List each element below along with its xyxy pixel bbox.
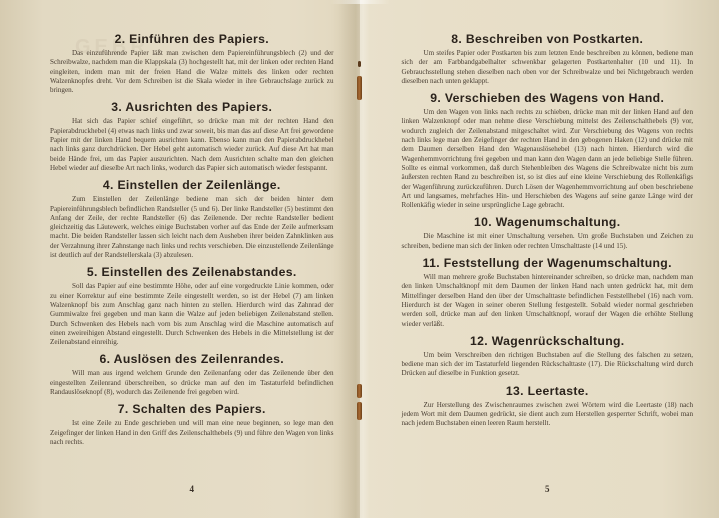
- page-number: 5: [360, 484, 719, 494]
- section-body: Um steifes Papier oder Postkarten bis zu…: [402, 49, 694, 86]
- staple-icon: [357, 384, 362, 398]
- staple-icon: [358, 61, 361, 67]
- section-heading: 10. Wagenumschaltung.: [402, 215, 694, 229]
- section-body: Um beim Verschreiben den richtigen Buchs…: [402, 351, 694, 379]
- section-heading: 6. Auslösen des Zeilenrandes.: [50, 352, 334, 366]
- section-heading: 9. Verschieben des Wagens von Hand.: [402, 91, 694, 105]
- section-verschieben-des-wagens: 9. Verschieben des Wagens von Hand. Um d…: [402, 91, 694, 210]
- section-body: Hat sich das Papier schief eingeführt, s…: [50, 117, 334, 173]
- staple-icon: [357, 402, 362, 420]
- section-body: Will man mehrere große Buchstaben hinter…: [402, 273, 694, 329]
- section-feststellung-der-wagenumschaltung: 11. Feststellung der Wagenumschaltung. W…: [402, 256, 694, 329]
- section-heading: 8. Beschreiben von Postkarten.: [402, 32, 694, 46]
- section-body: Zur Herstellung des Zwischenraumes zwisc…: [402, 401, 694, 429]
- section-heading: 4. Einstellen der Zeilenlänge.: [50, 178, 334, 192]
- section-leertaste: 13. Leertaste. Zur Herstellung des Zwisc…: [402, 384, 694, 429]
- section-beschreiben-von-postkarten: 8. Beschreiben von Postkarten. Um steife…: [402, 32, 694, 86]
- section-ausrichten-des-papiers: 3. Ausrichten des Papiers. Hat sich das …: [50, 100, 334, 173]
- page-number: 4: [0, 484, 360, 494]
- section-wagenrueckschaltung: 12. Wagenrückschaltung. Um beim Verschre…: [402, 334, 694, 379]
- section-body: Ist eine Zeile zu Ende geschrieben und w…: [50, 419, 334, 447]
- section-einfuehren-des-papiers: 2. Einführen des Papiers. Das einzuführe…: [50, 32, 334, 95]
- section-body: Soll das Papier auf eine bestimmte Höhe,…: [50, 282, 334, 347]
- section-heading: 5. Einstellen des Zeilenabstandes.: [50, 265, 334, 279]
- spine-highlight: [330, 0, 390, 4]
- section-body: Zum Einstellen der Zeilenlänge bediene m…: [50, 195, 334, 260]
- right-page: 8. Beschreiben von Postkarten. Um steife…: [360, 0, 719, 518]
- booklet-spread: GEBR 2. Einführen des Papiers. Das einzu…: [0, 0, 719, 518]
- section-heading: 7. Schalten des Papiers.: [50, 402, 334, 416]
- section-body: Die Maschine ist mit einer Umschaltung v…: [402, 232, 694, 251]
- section-heading: 12. Wagenrückschaltung.: [402, 334, 694, 348]
- section-einstellen-des-zeilenabstandes: 5. Einstellen des Zeilenabstandes. Soll …: [50, 265, 334, 347]
- section-einstellen-der-zeilenlaenge: 4. Einstellen der Zeilenlänge. Zum Einst…: [50, 178, 334, 260]
- left-page: GEBR 2. Einführen des Papiers. Das einzu…: [0, 0, 360, 518]
- section-body: Will man aus irgend welchem Grunde den Z…: [50, 369, 334, 397]
- section-heading: 3. Ausrichten des Papiers.: [50, 100, 334, 114]
- staple-icon: [357, 76, 362, 100]
- section-ausloesen-des-zeilenrandes: 6. Auslösen des Zeilenrandes. Will man a…: [50, 352, 334, 397]
- section-heading: 2. Einführen des Papiers.: [50, 32, 334, 46]
- section-body: Um den Wagen von links nach rechts zu sc…: [402, 108, 694, 210]
- section-body: Das einzuführende Papier läßt man zwisch…: [50, 49, 334, 95]
- section-schalten-des-papiers: 7. Schalten des Papiers. Ist eine Zeile …: [50, 402, 334, 447]
- section-wagenumschaltung: 10. Wagenumschaltung. Die Maschine ist m…: [402, 215, 694, 251]
- section-heading: 11. Feststellung der Wagenumschaltung.: [402, 256, 694, 270]
- section-heading: 13. Leertaste.: [402, 384, 694, 398]
